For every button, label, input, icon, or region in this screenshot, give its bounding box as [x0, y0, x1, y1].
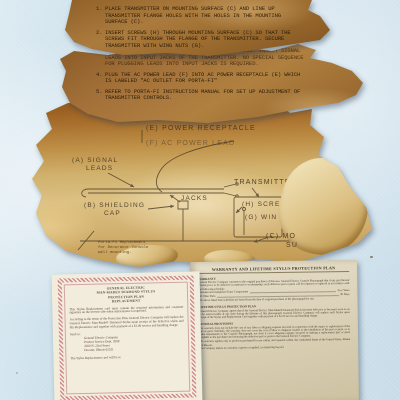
label-shielding-cap-1: (B) SHIELDING [84, 202, 145, 209]
certificate-paragraph: According to the terms of the Protection… [70, 316, 184, 330]
diagram-sheet: (E) POWER RECEPTACLE (F) AC POWER LEAD (… [28, 103, 374, 268]
label-mounting-2: SU [286, 242, 298, 249]
background-speck [16, 372, 18, 374]
lifetime-text: General Electric Company agrees that if … [199, 308, 350, 320]
warranty-paper: WARRANTY AND LIFETIME STYLUS PROTECTION … [190, 260, 359, 400]
address-line: Decatur, Illinois 62521 [84, 347, 184, 353]
instruction-item: 2. INSERT SCREWS (H) THROUGH MOUNTING SU… [96, 30, 305, 50]
item-text: INSERT SCREWS (H) THROUGH MOUNTING SURFA… [105, 30, 305, 50]
jacks-arrow [170, 195, 180, 202]
item-number: 4. [96, 72, 105, 85]
background-speck [370, 256, 373, 258]
item-number: 1. [96, 6, 105, 26]
instruction-item: 4. PLUG THE AC POWER LEAD (F) INTO AC PO… [96, 72, 305, 85]
warranty-title: WARRANTY AND LIFETIME STYLUS PROTECTION … [198, 265, 349, 274]
instruction-paper: 1. PLACE TRANSMITTER ON MOUNTING SURFACE… [62, 0, 334, 58]
label-ac-power-lead: (F) AC POWER LEAD [146, 140, 235, 147]
certificate-footer-partial: The Stylus Replacement card will be re [70, 354, 184, 361]
instruction-sheet-upper-piece: 1. PLACE TRANSMITTER ON MOUNTING SURFACE… [62, 0, 334, 58]
item-number: 2. [96, 30, 105, 50]
photo-of-documents: { "instruction_sheet": { "items": [ {"nu… [0, 0, 400, 400]
schedule-item: Transistorized Amplifier/Tuner Component… [198, 291, 248, 295]
item-text: PLACE TRANSMITTER ON MOUNTING SURFACE (C… [105, 6, 305, 26]
signal-cable-lines [88, 189, 224, 193]
transmitter-arrow [252, 188, 259, 197]
label-shielding-cap-2: CAP [104, 210, 121, 217]
label-power-receptacle: (E) POWER RECEPTACLE [146, 125, 256, 132]
instruction-item: 5. REFER TO PORTA-FI INSTRUCTION MANUAL … [96, 89, 305, 102]
shielding-cap-arrow [148, 206, 174, 209]
schedule-note: The above listed time schedules are base… [199, 297, 350, 302]
final-partial-line: The Company makes no warranty, express o… [199, 345, 350, 350]
address-block: General Electric Company Product Service… [84, 335, 184, 353]
warranty-sheet: WARRANTY AND LIFETIME STYLUS PROTECTION … [191, 261, 358, 400]
label-wing-nut: (G) WIN [245, 214, 277, 221]
instruction-item: 1. PLACE TRANSMITTER ON MOUNTING SURFACE… [96, 6, 305, 26]
item-text: PLUG THE AC POWER LEAD (F) INTO AC POWER… [105, 72, 305, 85]
label-mounting-1: (C) MO [266, 233, 296, 240]
item-number: 5. [96, 89, 105, 102]
schedule-period: 90 Days [340, 293, 349, 297]
label-signal-leads-2: LEADS [86, 165, 113, 172]
diagram-footnote: Porta-Fi Replacement for Decorator Conso… [98, 241, 148, 255]
footnote-line: for Decorator Console [98, 246, 148, 251]
certificate-paragraph: This Stylus Replacement card must contai… [69, 305, 183, 315]
power-lead-curve [156, 141, 234, 192]
item-text: REFER TO PORTA-FI INSTRUCTION MANUAL FOR… [105, 89, 305, 102]
signal-leads-arrow [108, 173, 134, 187]
label-jacks: JACKS [181, 195, 208, 202]
surface-slant-tick [78, 231, 94, 250]
stylus-certificate: GENERAL ELECTRIC MAN-MADE® DIAMOND STYLU… [53, 273, 201, 400]
certificate-paper: GENERAL ELECTRIC MAN-MADE® DIAMOND STYLU… [52, 271, 203, 400]
footnote-line: wall mounting. [98, 251, 148, 256]
diagram-paper: (E) POWER RECEPTACLE (F) AC POWER LEAD (… [28, 103, 374, 268]
cable-left-loop [82, 189, 88, 197]
shielding-cap-part [178, 201, 188, 209]
label-signal-leads-1: (A) SIGNAL [72, 157, 118, 164]
